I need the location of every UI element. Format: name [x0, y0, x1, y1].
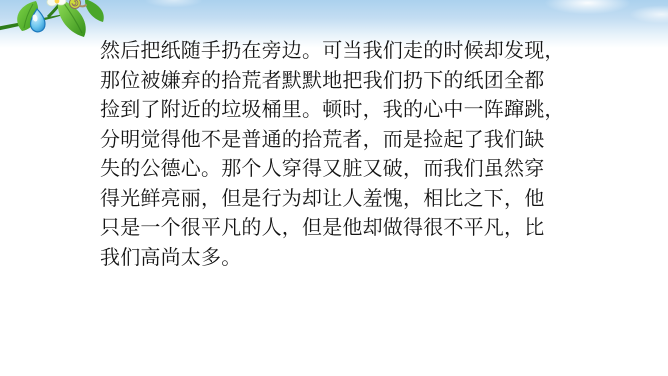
- paragraph-line: 那位被嫌弃的拾荒者默默地把我们扔下的纸团全都: [100, 66, 578, 96]
- paragraph-line: 得光鲜亮丽，但是行为却让人羞愧，相比之下，他: [100, 184, 578, 214]
- snail-icon: [70, 0, 87, 9]
- paragraph-line: 分明觉得他不是普通的拾荒者，而是捡起了我们缺: [100, 125, 578, 155]
- paragraph-line: 然后把纸随手扔在旁边。可当我们走的时候却发现，: [100, 36, 578, 66]
- paragraph-line: 捡到了附近的垃圾桶里。顿时，我的心中一阵蹿跳，: [100, 95, 578, 125]
- essay-paragraph: 然后把纸随手扔在旁边。可当我们走的时候却发现， 那位被嫌弃的拾荒者默默地把我们扔…: [100, 36, 578, 272]
- leaf-icon: [85, 0, 104, 22]
- paragraph-line: 我们高尚太多。: [100, 243, 578, 273]
- paragraph-line: 只是一个很平凡的人，但是他却做得很不平凡，比: [100, 213, 578, 243]
- paragraph-line: 失的公德心。那个人穿得又脏又破，而我们虽然穿: [100, 154, 578, 184]
- slide-canvas: 然后把纸随手扔在旁边。可当我们走的时候却发现， 那位被嫌弃的拾荒者默默地把我们扔…: [0, 0, 668, 376]
